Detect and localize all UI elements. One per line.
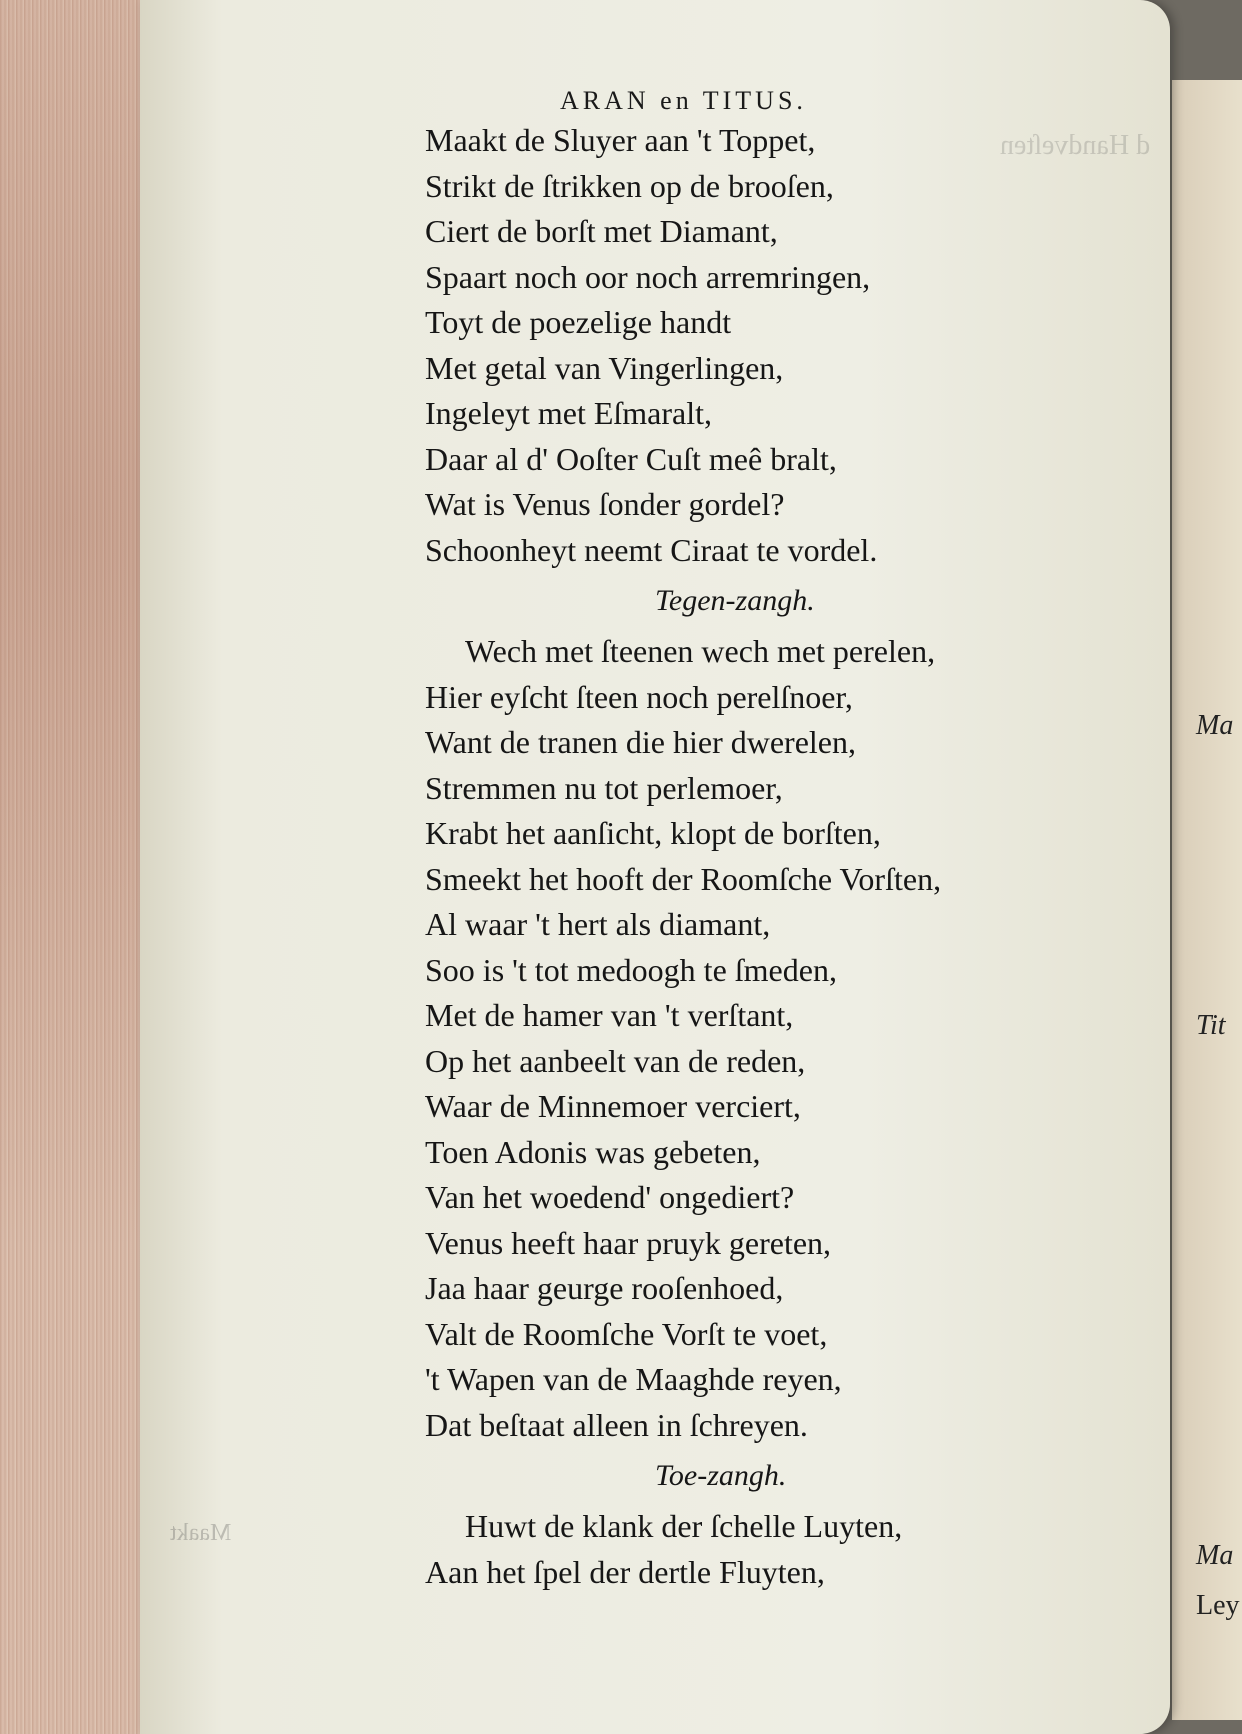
verse-line: Strikt de ſtrikken op de brooſen, xyxy=(425,164,941,210)
verse-line: Al waar 't hert als diamant, xyxy=(425,902,941,948)
verse-line: Venus heeft haar pruyk gereten, xyxy=(425,1221,941,1267)
verse-line: Aan het ſpel der dertle Fluyten, xyxy=(425,1550,941,1596)
verse-line: Met de hamer van 't verſtant, xyxy=(425,993,941,1039)
verse-line: Waar de Minnemoer verciert, xyxy=(425,1084,941,1130)
section-heading: Toe-zangh. xyxy=(425,1448,941,1504)
facing-page-fragment: Ma xyxy=(1196,710,1233,742)
facing-page-fragment: Tit xyxy=(1196,1010,1226,1042)
poem-text: Maakt de Sluyer aan 't Toppet, Strikt de… xyxy=(425,118,941,1595)
verse-line: Want de tranen die hier dwerelen, xyxy=(425,720,941,766)
verse-line: Wat is Venus ſonder gordel? xyxy=(425,482,941,528)
verse-line: Van het woedend' ongediert? xyxy=(425,1175,941,1221)
verse-line: Smeekt het hooft der Roomſche Vorſten, xyxy=(425,857,941,903)
verse-line: Spaart noch oor noch arremringen, xyxy=(425,255,941,301)
verse-line: Ingeleyt met Eſmaralt, xyxy=(425,391,941,437)
verse-line: Jaa haar geurge rooſenhoed, xyxy=(425,1266,941,1312)
verse-line: Valt de Roomſche Vorſt te voet, xyxy=(425,1312,941,1358)
verse-line: Toen Adonis was gebeten, xyxy=(425,1130,941,1176)
verse-line: Daar al d' Ooſter Cuſt meê bralt, xyxy=(425,437,941,483)
verse-line: Huwt de klank der ſchelle Luyten, xyxy=(425,1504,941,1550)
section-heading: Tegen-zangh. xyxy=(425,573,941,629)
facing-page-fragment: Ley xyxy=(1196,1590,1240,1622)
running-head: ARAN en TITUS. xyxy=(560,86,807,116)
verse-line: 't Wapen van de Maaghde reyen, xyxy=(425,1357,941,1403)
verse-line: Maakt de Sluyer aan 't Toppet, xyxy=(425,118,941,164)
verse-line: Krabt het aanſicht, klopt de borſten, xyxy=(425,811,941,857)
verse-line: Schoonheyt neemt Ciraat te vordel. xyxy=(425,528,941,574)
verse-line: Ciert de borſt met Diamant, xyxy=(425,209,941,255)
verse-line: Soo is 't tot medoogh te ſmeden, xyxy=(425,948,941,994)
verse-line: Dat beſtaat alleen in ſchreyen. xyxy=(425,1403,941,1449)
verse-line: Toyt de poezelige handt xyxy=(425,300,941,346)
facing-page xyxy=(1172,80,1242,1720)
bleed-through-catchword: Maakt xyxy=(170,1520,231,1547)
verse-line: Hier eyſcht ſteen noch perelſnoer, xyxy=(425,675,941,721)
verse-line: Wech met ſteenen wech met perelen, xyxy=(425,629,941,675)
verse-line: Met getal van Vingerlingen, xyxy=(425,346,941,392)
verse-line: Op het aanbeelt van de reden, xyxy=(425,1039,941,1085)
verse-line: Stremmen nu tot perlemoer, xyxy=(425,766,941,812)
facing-page-fragment: Ma xyxy=(1196,1540,1233,1572)
bleed-through: d Handveſten xyxy=(1000,130,1150,162)
